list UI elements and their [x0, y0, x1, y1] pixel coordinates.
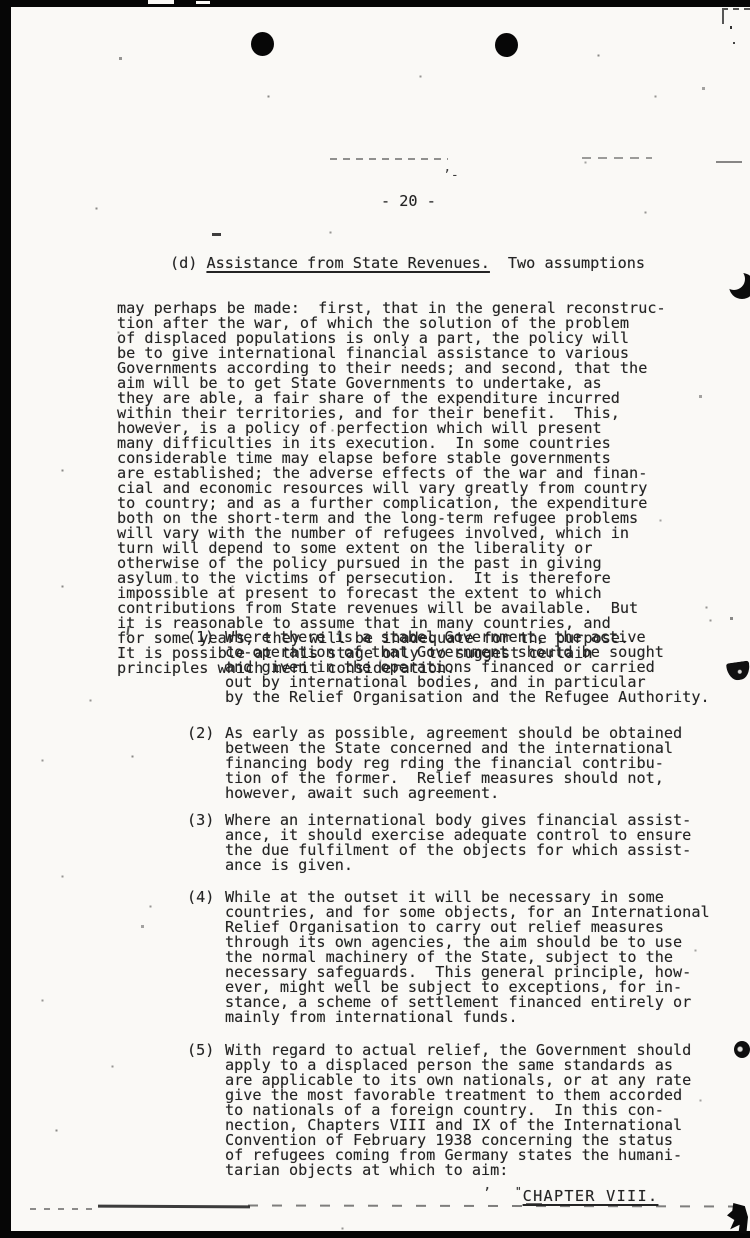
item-number: (3) — [187, 813, 225, 873]
ink-speck — [730, 26, 732, 29]
paper-specks — [0, 0, 1, 1]
quote-mark: " — [515, 1185, 522, 1198]
list-item: (5)With regard to actual relief, the Gov… — [187, 1043, 737, 1178]
item-body: With regard to actual relief, the Govern… — [225, 1043, 691, 1178]
section-body: may perhaps be made: first, that in the … — [117, 301, 717, 676]
scan-edge-notch — [196, 1, 210, 4]
ink-mark: ’ — [483, 1186, 491, 1201]
item-number: (1) — [187, 630, 225, 705]
scan-edge-notch — [148, 0, 174, 4]
item-number: (5) — [187, 1043, 225, 1178]
list-item: (4)While at the outset it will be necess… — [187, 890, 737, 1025]
section-label: (d) — [170, 254, 197, 272]
list-item: (3)Where an international body gives fin… — [187, 813, 737, 873]
scan-edge-bottom — [0, 1231, 750, 1238]
section-d-heading-line: (d)Assistance from State Revenues.Two as… — [117, 256, 717, 271]
catchword-text: CHAPTER VIII. — [523, 1187, 659, 1205]
item-body: Where an international body gives financ… — [225, 813, 691, 873]
item-body: As early as possible, agreement should b… — [225, 726, 682, 801]
list-item: (2)As early as possible, agreement shoul… — [187, 726, 737, 801]
text-line: tarian objects at which to aim: — [225, 1163, 691, 1178]
scratch-line — [30, 1208, 96, 1210]
scanned-document-page: - 20 - ’- (d)Assistance from State Reven… — [0, 0, 750, 1238]
item-number: (2) — [187, 726, 225, 801]
scan-edge-left — [0, 0, 11, 1238]
punch-hole-left — [251, 32, 274, 56]
footer-catchword: "CHAPTER VIII. — [515, 1184, 658, 1204]
text-line: by the Relief Organisation and the Refug… — [225, 690, 710, 705]
numbered-list: (1)Where there is a stabel Government, t… — [187, 630, 737, 1178]
item-number: (4) — [187, 890, 225, 1025]
corner-bracket-mark — [722, 8, 750, 24]
corner-ink-blot — [727, 1203, 748, 1234]
text-line: ance is given. — [225, 858, 691, 873]
section-title-tail: Two assumptions — [508, 254, 645, 272]
scratch-line — [248, 1204, 736, 1207]
ink-mark: ’- — [443, 168, 459, 183]
punch-hole-right — [495, 33, 518, 57]
faint-dash-line — [716, 161, 742, 163]
list-item: (1)Where there is a stabel Government, t… — [187, 630, 737, 705]
text-line: mainly from international funds. — [225, 1010, 710, 1025]
text-line: however, await such agreement. — [225, 786, 682, 801]
item-body: Where there is a stabel Government, the … — [225, 630, 710, 705]
ink-speck — [733, 42, 735, 44]
page-number: - 20 - — [381, 194, 436, 209]
scan-edge-top — [0, 0, 750, 7]
catchword-double-underline — [526, 1203, 542, 1205]
crescent-ink-blot — [725, 266, 750, 304]
item-body: While at the outset it will be necessary… — [225, 890, 710, 1025]
faint-dash-line — [330, 158, 448, 160]
section-title: Assistance from State Revenues. — [206, 254, 489, 272]
faint-dash-line — [582, 157, 652, 159]
scratch-line — [98, 1205, 250, 1208]
